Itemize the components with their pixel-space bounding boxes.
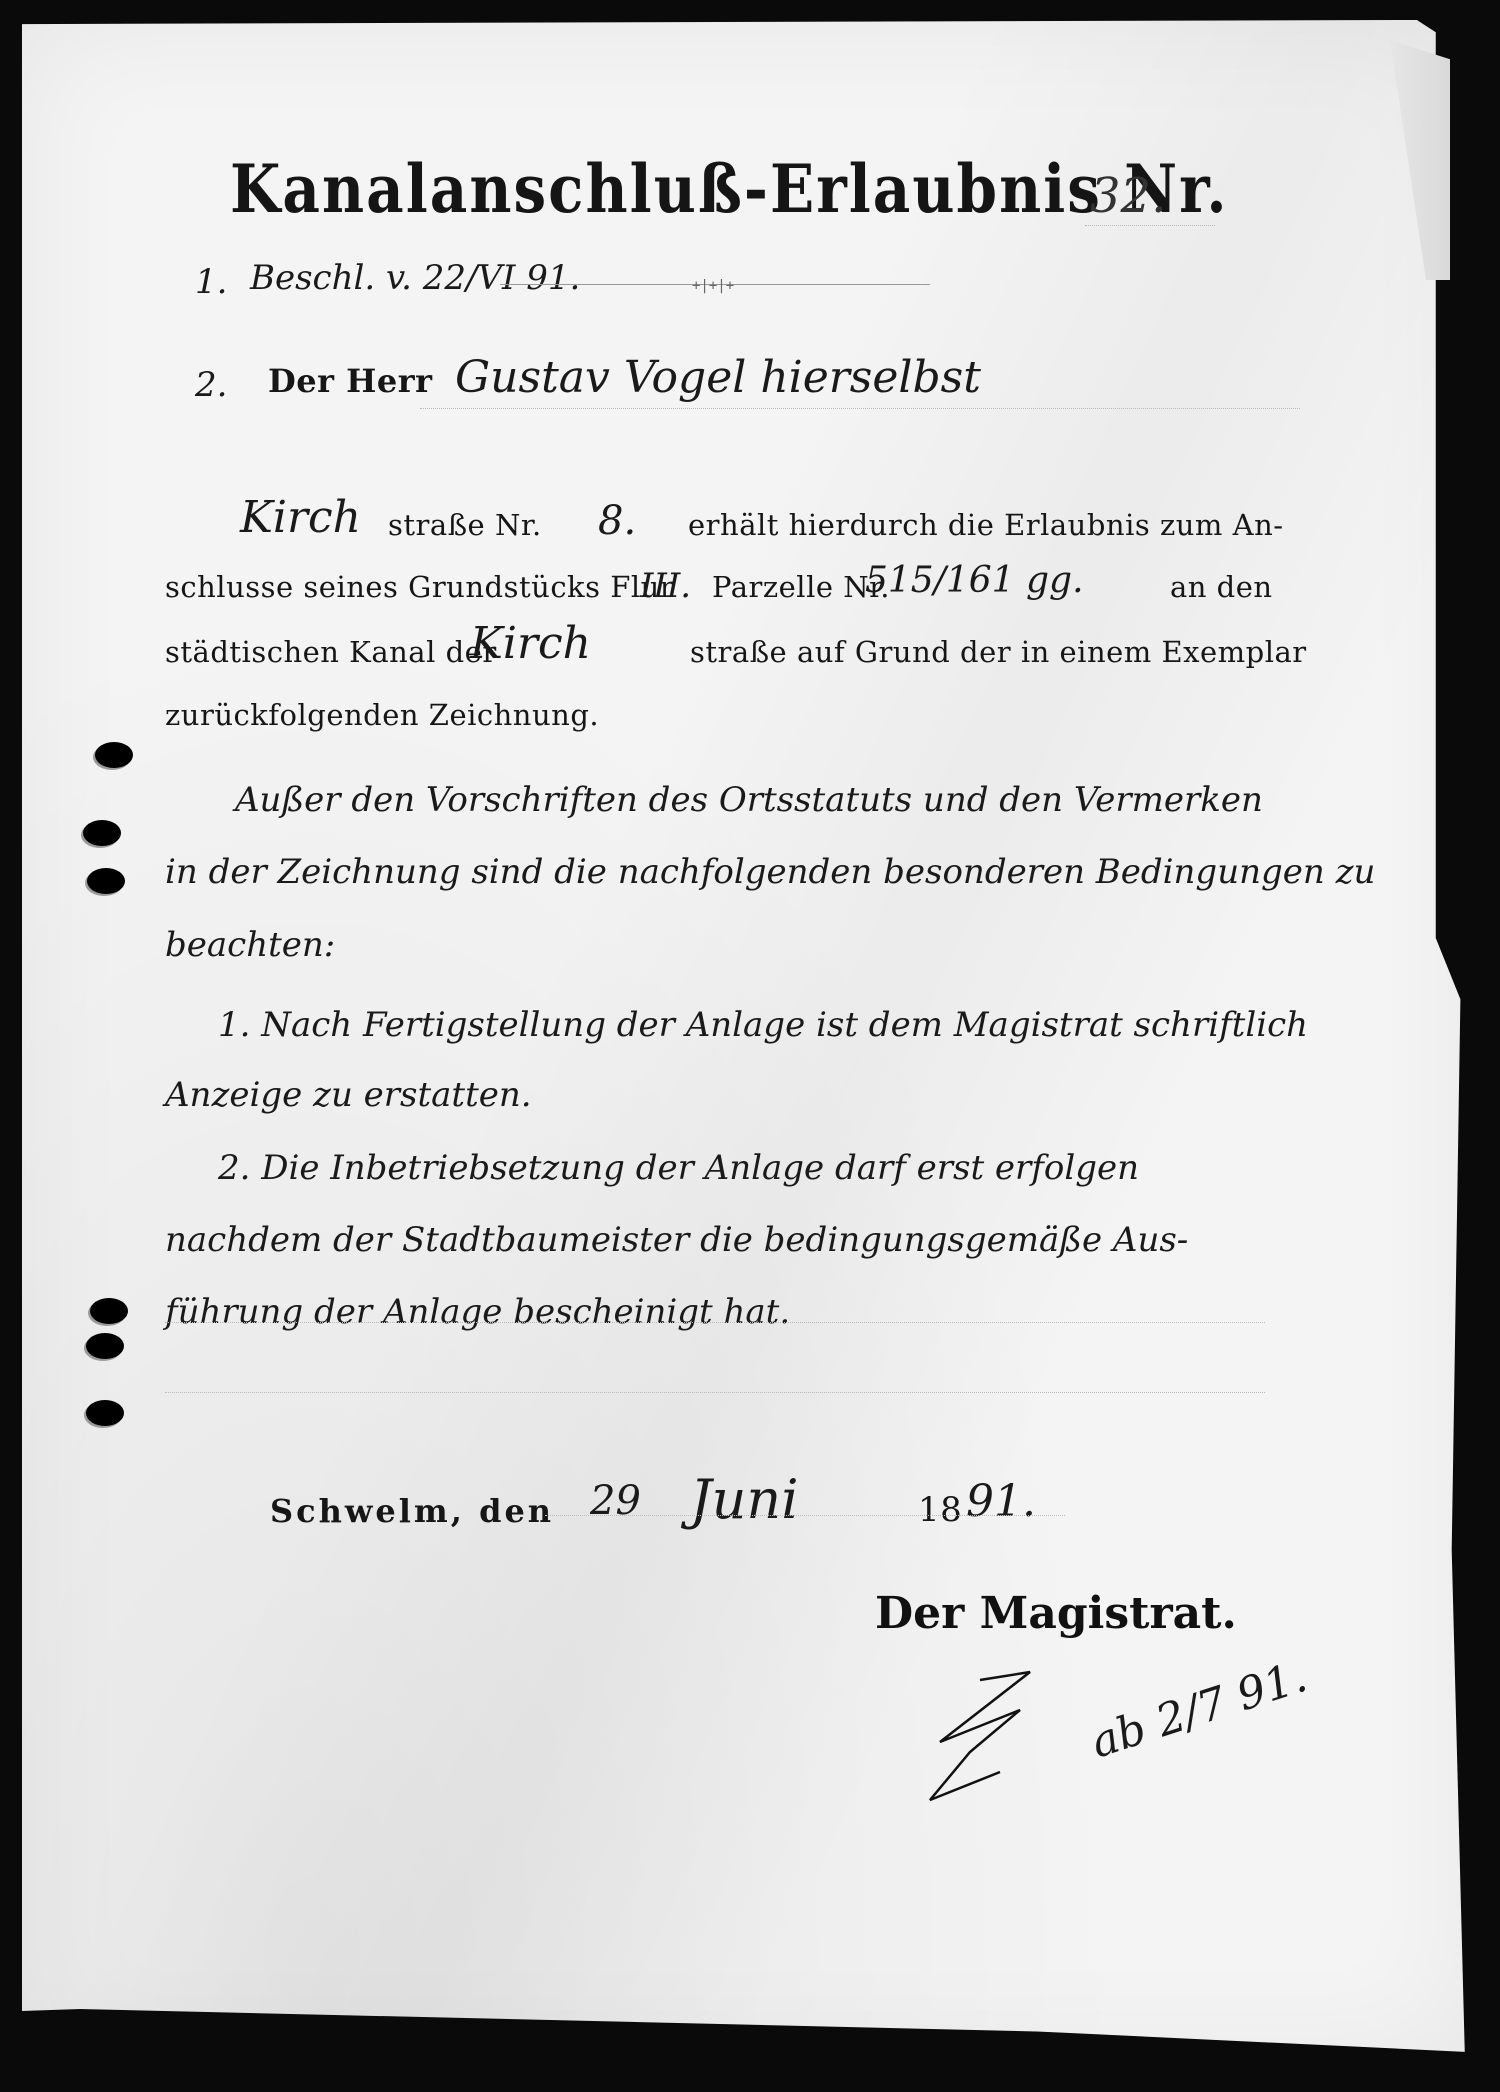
- condition-1-line-1: 1. Nach Fertigstellung der Anlage ist de…: [218, 1005, 1308, 1045]
- line1-index: 1.: [195, 262, 227, 302]
- date-year-suffix: 91.: [966, 1476, 1036, 1527]
- house-number: 8.: [598, 498, 636, 544]
- name-underline: [420, 408, 1300, 409]
- date-month: Juni: [690, 1468, 798, 1531]
- text-drawing: zurückfolgenden Zeichnung.: [165, 698, 599, 732]
- salutation: Der Herr: [268, 362, 432, 400]
- date-year-prefix: 18: [918, 1490, 962, 1530]
- punch-hole: [86, 1400, 124, 1426]
- punch-hole: [83, 820, 121, 846]
- flur-number: III.: [640, 566, 691, 606]
- punch-hole: [90, 1298, 128, 1324]
- date-day: 29: [590, 1478, 641, 1524]
- parzelle-number: 515/161 gg.: [865, 560, 1084, 601]
- text-parzelle: Parzelle Nr.: [712, 570, 890, 604]
- place-label: Schwelm, den: [270, 1492, 554, 1530]
- document-title: Kanalanschluß-Erlaubnis Nr.: [230, 150, 1229, 228]
- text-connection: schlusse seines Grundstücks Flur: [165, 570, 674, 604]
- ruled-line: [165, 1392, 1265, 1393]
- text-basis: straße auf Grund der in einem Exemplar: [690, 635, 1307, 669]
- line2-index: 2.: [195, 365, 227, 405]
- text-strasse-nr: straße Nr.: [388, 508, 542, 542]
- document-number: 32.: [1090, 168, 1166, 224]
- conditions-intro-line-3: beachten:: [165, 925, 335, 965]
- date-underline: [545, 1515, 1065, 1516]
- condition-2-line-3: führung der Anlage bescheinigt hat.: [165, 1292, 790, 1332]
- conditions-intro-line-2: in der Zeichnung sind die nachfolgenden …: [165, 852, 1375, 892]
- text-city-sewer: städtischen Kanal der: [165, 635, 497, 669]
- line1-resolution-note: Beschl. v. 22/VI 91.: [250, 258, 580, 298]
- condition-1-line-2: Anzeige zu erstatten.: [165, 1075, 532, 1115]
- text-an-den: an den: [1170, 570, 1273, 604]
- condition-2-line-2: nachdem der Stadtbaumeister die bedingun…: [165, 1220, 1188, 1260]
- condition-2-line-1: 2. Die Inbetriebsetzung der Anlage darf …: [218, 1148, 1139, 1188]
- rule-ornament: +|+|+: [692, 278, 734, 294]
- punch-hole: [86, 1333, 124, 1359]
- punch-hole: [87, 868, 125, 894]
- street-name-2: Kirch: [470, 618, 591, 669]
- punch-hole: [95, 742, 133, 768]
- ruled-line: [165, 1322, 1265, 1323]
- text-permission: erhält hierdurch die Erlaubnis zum An-: [688, 508, 1284, 542]
- street-name: Kirch: [240, 492, 361, 543]
- number-underline: [1085, 225, 1215, 226]
- conditions-intro-line-1: Außer den Vorschriften des Ortsstatuts u…: [235, 780, 1263, 820]
- recipient-name: Gustav Vogel hierselbst: [455, 352, 981, 403]
- issuing-authority: Der Magistrat.: [875, 1588, 1237, 1639]
- signature-mark: [920, 1670, 1100, 1830]
